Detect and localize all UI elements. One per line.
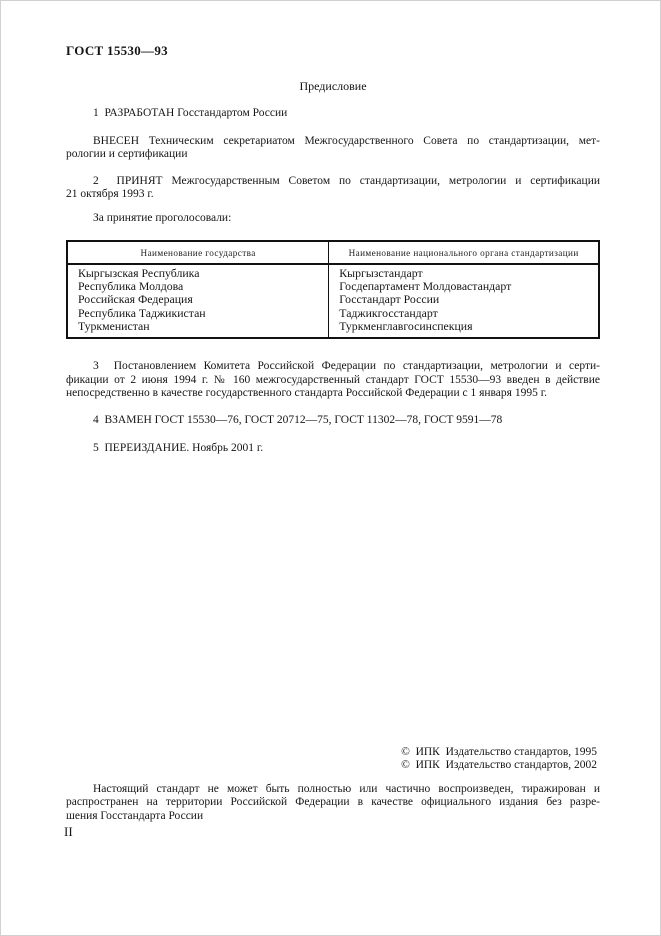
clause-3-line: непосредственно в качестве государственн…	[66, 387, 600, 401]
clause-4: 4 ВЗАМЕН ГОСТ 15530—76, ГОСТ 20712—75, Г…	[66, 414, 600, 428]
table-cell-state: Республика Таджикистан	[78, 307, 320, 320]
disclaimer: Настоящий стандарт не может быть полност…	[66, 783, 600, 823]
disclaimer-line: Настоящий стандарт не может быть полност…	[66, 783, 600, 796]
disclaimer-line: шения Госстандарта России	[66, 810, 600, 823]
copyright-block: © ИПК Издательство стандартов, 1995 © ИП…	[401, 746, 597, 773]
table-cell-org: Таджикгосстандарт	[339, 307, 590, 320]
clause-3-line: фикации от 2 июня 1994 г. № 160 межгосуд…	[66, 374, 600, 388]
table-cell-org: Госстандарт России	[339, 293, 590, 306]
vote-table-header-state: Наименование государства	[68, 242, 329, 263]
table-cell-state: Российская Федерация	[78, 293, 320, 306]
clause-1: 1 РАЗРАБОТАН Госстандартом России	[66, 107, 600, 121]
page-title: Предисловие	[66, 79, 600, 94]
disclaimer-line: распространен на территории Российской Ф…	[66, 796, 600, 809]
clause-2-line: 21 октября 1993 г.	[66, 188, 600, 202]
vote-table-header-org: Наименование национального органа станда…	[329, 242, 598, 263]
doc-code: ГОСТ 15530—93	[66, 43, 600, 59]
table-cell-state: Туркменистан	[78, 320, 320, 333]
clause-3-line: 3 Постановлением Комитета Российской Фед…	[66, 360, 600, 374]
clause-vnesen-line: рологии и сертификации	[66, 148, 600, 162]
page-number: II	[64, 824, 73, 840]
copyright-line-1995: © ИПК Издательство стандартов, 1995	[401, 746, 597, 759]
clause-3: 3 Постановлением Комитета Российской Фед…	[66, 360, 600, 401]
clause-2-line: 2 ПРИНЯТ Межгосударственным Советом по с…	[66, 175, 600, 189]
table-cell-org: Туркменглавгосинспекция	[339, 320, 590, 333]
clause-2: 2 ПРИНЯТ Межгосударственным Советом по с…	[66, 175, 600, 202]
copyright-line-2002: © ИПК Издательство стандартов, 2002	[401, 759, 597, 772]
document-page: ГОСТ 15530—93 Предисловие 1 РАЗРАБОТАН Г…	[0, 0, 661, 936]
vote-table: Наименование государства Наименование на…	[66, 240, 600, 339]
vote-intro: За принятие проголосовали:	[66, 212, 600, 226]
vote-table-org-column: Кыргызстандарт Госдепартамент Молдоваста…	[329, 265, 598, 337]
clause-vnesen-line: ВНЕСЕН Техническим секретариатом Межгосу…	[66, 135, 600, 149]
clause-5: 5 ПЕРЕИЗДАНИЕ. Ноябрь 2001 г.	[66, 442, 600, 456]
vote-table-body: Кыргызская Республика Республика Молдова…	[68, 265, 598, 337]
clause-vnesen: ВНЕСЕН Техническим секретариатом Межгосу…	[66, 135, 600, 162]
vote-table-header-row: Наименование государства Наименование на…	[68, 242, 598, 265]
page-content: ГОСТ 15530—93 Предисловие 1 РАЗРАБОТАН Г…	[66, 1, 600, 456]
vote-table-state-column: Кыргызская Республика Республика Молдова…	[68, 265, 329, 337]
